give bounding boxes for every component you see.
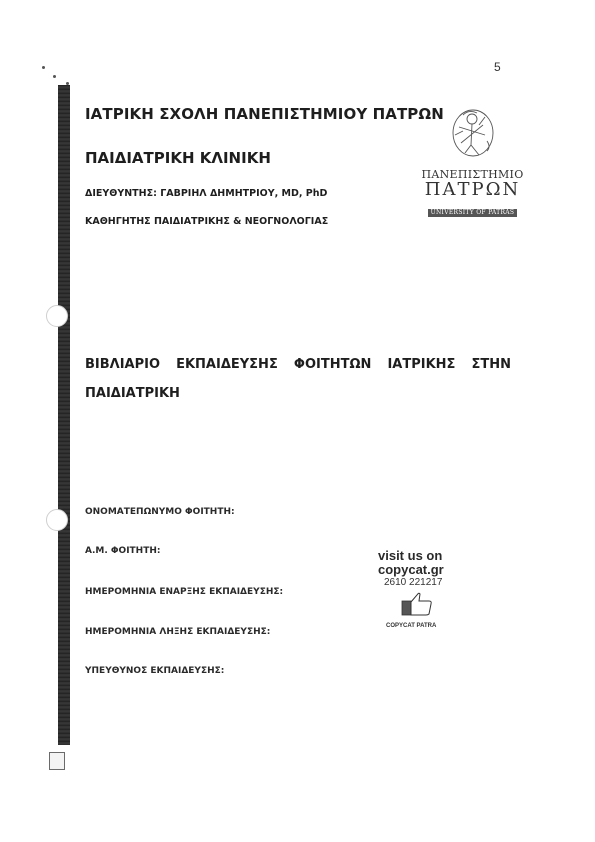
scan-mark	[49, 752, 65, 770]
scan-speck	[66, 82, 69, 85]
ad-phone: 2610 221217	[384, 577, 458, 589]
punch-hole	[46, 509, 68, 531]
field-start-date: ΗΜΕΡΟΜΗΝΙΑ ΕΝΑΡΞΗΣ ΕΚΠΑΙΔΕΥΣΗΣ:	[85, 587, 283, 597]
scan-speck	[42, 66, 45, 69]
school-heading: ΙΑΤΡΙΚΗ ΣΧΟΛΗ ΠΑΝΕΠΙΣΤΗΜΙΟΥ ΠΑΤΡΩΝ	[85, 105, 444, 123]
professor-line: ΚΑΘΗΓΗΤΗΣ ΠΑΙΔΙΑΤΡΙΚΗΣ & ΝΕΟΓΝΟΛΟΓΙΑΣ	[85, 216, 328, 227]
field-student-name: ΟΝΟΜΑΤΕΠΩΝΥΜΟ ΦΟΙΤΗΤΗ:	[85, 507, 235, 517]
document-title-line2: ΠΑΙΔΙΑΤΡΙΚΗ	[85, 386, 180, 401]
title-word: ΕΚΠΑΙΔΕΥΣΗΣ	[176, 357, 278, 372]
ad-website: copycat.gr	[378, 563, 458, 577]
director-line: ΔΙΕΥΘΥΝΤΗΣ: ΓΑΒΡΙΗΛ ΔΗΜΗΤΡΙΟΥ, MD, PhD	[85, 188, 327, 199]
logo-text-english: UNIVERSITY OF PATRAS	[428, 209, 518, 217]
thumbs-up-icon	[400, 591, 434, 617]
document-title: ΒΙΒΛΙΑΡΙΟ ΕΚΠΑΙΔΕΥΣΗΣ ΦΟΙΤΗΤΩΝ ΙΑΤΡΙΚΗΣ …	[85, 357, 511, 372]
title-word: ΒΙΒΛΙΑΡΙΟ	[85, 357, 160, 372]
ad-line1: visit us on	[378, 549, 458, 563]
copycat-stamp: visit us on copycat.gr 2610 221217 COPYC…	[378, 549, 458, 629]
logo-text-patras: ΠΑΤΡΩΝ	[410, 181, 535, 199]
title-word: ΙΑΤΡΙΚΗΣ	[387, 357, 455, 372]
field-end-date: ΗΜΕΡΟΜΗΝΙΑ ΛΗΞΗΣ ΕΚΠΑΙΔΕΥΣΗΣ:	[85, 627, 270, 637]
field-student-id: Α.Μ. ΦΟΙΤΗΤΗ:	[85, 546, 161, 556]
field-supervisor: ΥΠΕΥΘΥΝΟΣ ΕΚΠΑΙΔΕΥΣΗΣ:	[85, 666, 224, 676]
university-emblem-icon	[443, 105, 503, 161]
title-word: ΦΟΙΤΗΤΩΝ	[294, 357, 372, 372]
university-logo: ΠΑΝΕΠΙΣΤΗΜΙΟ ΠΑΤΡΩΝ UNIVERSITY OF PATRAS	[410, 105, 535, 218]
title-word: ΣΤΗΝ	[471, 357, 511, 372]
scan-speck	[53, 75, 56, 78]
ad-caption: COPYCAT PATRA	[386, 623, 458, 629]
binding-strip	[58, 85, 70, 745]
clinic-heading: ΠΑΙΔΙΑΤΡΙΚΗ ΚΛΙΝΙΚΗ	[85, 149, 271, 167]
punch-hole	[46, 305, 68, 327]
page-number: 5	[494, 60, 501, 74]
